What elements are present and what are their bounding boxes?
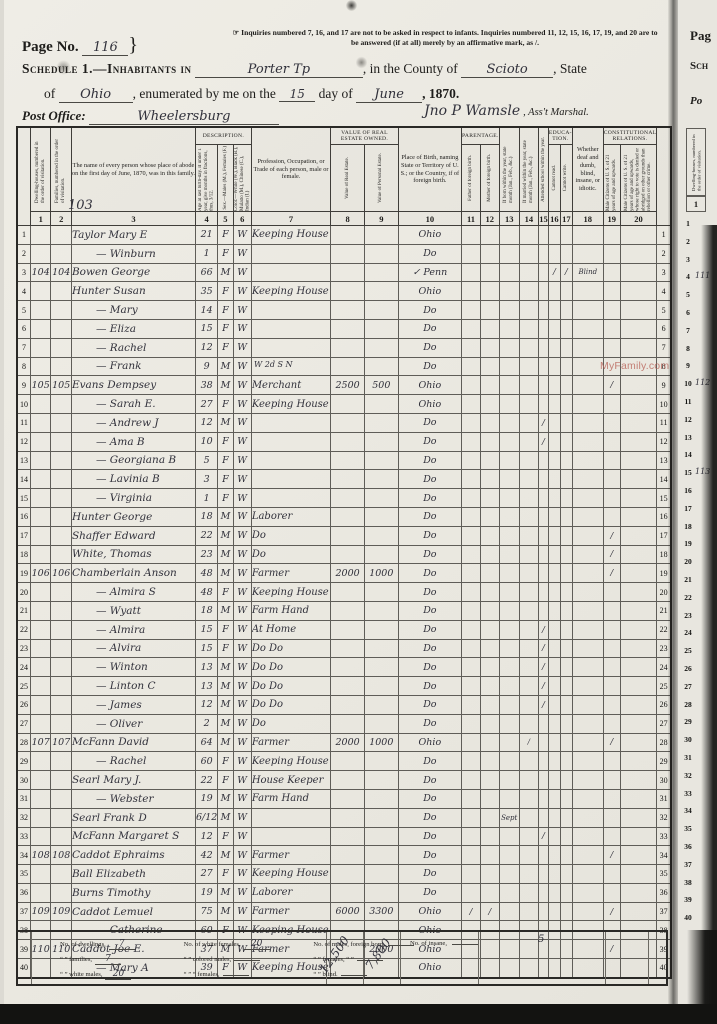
adjacent-row-number: 33 xyxy=(681,789,695,798)
sex: F xyxy=(218,489,233,508)
married-month xyxy=(519,846,538,865)
mother-foreign-mark xyxy=(480,752,499,771)
birthplace: Do xyxy=(398,865,461,884)
color: W xyxy=(233,413,251,432)
real-estate-value xyxy=(331,432,365,451)
deaf-dumb-blind xyxy=(572,451,603,470)
vote-denied-mark xyxy=(620,789,656,808)
male-citizen-mark xyxy=(603,714,620,733)
colored-females-label: “ ” “ females, xyxy=(184,971,220,978)
vote-denied-mark xyxy=(620,583,656,602)
adjacent-column-number: 1 xyxy=(686,196,706,212)
male-citizen-mark: / xyxy=(603,526,620,545)
page-no-label: Page No. xyxy=(22,39,79,55)
row-number-left: 31 xyxy=(17,789,30,808)
personal-estate-value: 500 xyxy=(364,376,398,395)
occupation xyxy=(251,319,330,338)
born-month xyxy=(499,413,519,432)
sex: F xyxy=(218,282,233,301)
cannot-write-mark xyxy=(560,733,572,752)
born-month xyxy=(499,395,519,414)
age: 13 xyxy=(195,677,217,696)
cannot-write-mark xyxy=(560,827,572,846)
birthplace: Do xyxy=(398,695,461,714)
scan-smudge xyxy=(56,60,71,75)
occupation xyxy=(251,244,330,263)
color: W xyxy=(233,620,251,639)
sex: F xyxy=(218,226,233,245)
color: W xyxy=(233,282,251,301)
attended-school-mark xyxy=(539,376,549,395)
cannot-read-mark xyxy=(548,601,560,620)
state-value: Ohio xyxy=(59,87,133,103)
deaf-dumb-blind xyxy=(572,226,603,245)
table-row: 32Searl Frank D6/12MWDoSept32 xyxy=(17,808,671,827)
table-row: 7— Rachel12FWDo7 xyxy=(17,338,671,357)
vote-denied-mark xyxy=(620,395,656,414)
personal-estate-value xyxy=(364,226,398,245)
born-month xyxy=(499,526,519,545)
real-estate-value xyxy=(331,808,365,827)
color: W xyxy=(233,263,251,282)
sex: F xyxy=(218,752,233,771)
header-group-row: Dwelling-houses, numbered in the order o… xyxy=(17,127,671,145)
person-name: — Mary xyxy=(71,301,195,320)
person-name: — Oliver xyxy=(71,714,195,733)
handwritten-note: 5 xyxy=(538,934,544,945)
mother-foreign-mark xyxy=(480,338,499,357)
vote-denied-mark xyxy=(620,263,656,282)
sex: M xyxy=(218,564,233,583)
table-row: 18White, Thomas23MWDoDo/18 xyxy=(17,545,671,564)
book-gutter-shadow xyxy=(668,0,678,1008)
person-name: Caddot Lemuel xyxy=(71,902,195,921)
born-month xyxy=(499,771,519,790)
person-name: Caddot Ephraims xyxy=(71,846,195,865)
attended-school-mark: / xyxy=(539,432,549,451)
married-month xyxy=(519,319,538,338)
age: 27 xyxy=(195,395,217,414)
cannot-read-mark xyxy=(548,733,560,752)
mother-foreign-mark xyxy=(480,620,499,639)
age: 27 xyxy=(195,865,217,884)
county-label: , in the County of xyxy=(363,61,458,76)
deaf-dumb-blind xyxy=(572,319,603,338)
family-number xyxy=(51,601,71,620)
born-month xyxy=(499,865,519,884)
attended-school-mark: / xyxy=(539,658,549,677)
male-citizen-mark xyxy=(603,395,620,414)
male-citizen-mark: / xyxy=(603,902,620,921)
person-name: — Almira xyxy=(71,620,195,639)
mother-foreign-mark xyxy=(480,677,499,696)
person-name: — Rachel xyxy=(71,752,195,771)
col-header-male-citizens: Male Citizens of U. S. of 21 years of ag… xyxy=(603,145,620,212)
marshal-signature: Jno P Wamsle xyxy=(424,103,520,119)
male-citizen-mark xyxy=(603,489,620,508)
group-header-parentage: Parentage. xyxy=(462,127,500,145)
person-name: Evans Dempsey xyxy=(71,376,195,395)
mother-foreign-mark xyxy=(480,526,499,545)
real-estate-value: 2500 xyxy=(331,376,365,395)
row-number-left: 5 xyxy=(17,301,30,320)
personal-estate-value xyxy=(364,244,398,263)
male-citizen-mark xyxy=(603,282,620,301)
born-month xyxy=(499,263,519,282)
adjacent-row-number: 7 xyxy=(681,326,695,335)
white-females-total-value: 20 xyxy=(244,939,270,950)
birthplace: Do xyxy=(398,507,461,526)
personal-estate-value xyxy=(364,639,398,658)
adjacent-schedule-fragment: Sch xyxy=(690,60,708,72)
real-estate-value xyxy=(331,244,365,263)
deaf-dumb-blind xyxy=(572,376,603,395)
personal-estate-value: 3300 xyxy=(364,902,398,921)
mother-foreign-mark xyxy=(480,658,499,677)
born-month xyxy=(499,338,519,357)
color: W xyxy=(233,639,251,658)
table-row: 23— Alvira15FWDo DoDo/23 xyxy=(17,639,671,658)
born-month xyxy=(499,601,519,620)
personal-estate-value xyxy=(364,658,398,677)
col-header-father-foreign: Father of foreign birth. xyxy=(462,145,481,212)
attended-school-mark xyxy=(539,301,549,320)
born-month xyxy=(499,282,519,301)
adjacent-row-number: 12 xyxy=(681,415,695,424)
col-num: 3 xyxy=(71,212,195,226)
dwelling-number xyxy=(30,395,50,414)
attended-school-mark xyxy=(539,601,549,620)
table-row: 1Taylor Mary E21FWKeeping HouseOhio1 xyxy=(17,226,671,245)
cannot-read-mark xyxy=(548,714,560,733)
day-value: 15 xyxy=(279,87,315,102)
cannot-read-mark xyxy=(548,695,560,714)
col-num: 20 xyxy=(620,212,656,226)
family-number xyxy=(51,507,71,526)
real-estate-value: 2000 xyxy=(331,733,365,752)
adjacent-row-number: 23 xyxy=(681,611,695,620)
married-month xyxy=(519,376,538,395)
occupation: Do Do xyxy=(251,658,330,677)
scan-smudge xyxy=(346,0,357,11)
age: 12 xyxy=(195,338,217,357)
sex: M xyxy=(218,902,233,921)
colored-males-label: “ ” colored males, xyxy=(184,956,232,963)
occupation: Farm Hand xyxy=(251,789,330,808)
adjacent-row-number: 17 xyxy=(681,504,695,513)
male-citizen-mark xyxy=(603,413,620,432)
table-row: 26— James12MWDo DoDo/26 xyxy=(17,695,671,714)
sex: M xyxy=(218,695,233,714)
mother-foreign-mark xyxy=(480,883,499,902)
male-citizen-mark xyxy=(603,319,620,338)
dwelling-number xyxy=(30,526,50,545)
birthplace: Do xyxy=(398,489,461,508)
deaf-dumb-blind xyxy=(572,733,603,752)
mother-foreign-mark xyxy=(480,583,499,602)
born-month xyxy=(499,789,519,808)
occupation: At Home xyxy=(251,620,330,639)
row-number-left: 33 xyxy=(17,827,30,846)
father-foreign-mark xyxy=(462,620,481,639)
vote-denied-mark xyxy=(620,639,656,658)
mother-foreign-mark xyxy=(480,244,499,263)
family-number: 106 xyxy=(51,564,71,583)
person-name: — Eliza xyxy=(71,319,195,338)
mother-foreign-mark xyxy=(480,451,499,470)
family-number xyxy=(51,639,71,658)
dwelling-number xyxy=(30,432,50,451)
family-number: 105 xyxy=(51,376,71,395)
real-estate-value xyxy=(331,601,365,620)
personal-estate-value xyxy=(364,545,398,564)
mother-foreign-mark xyxy=(480,432,499,451)
color: W xyxy=(233,752,251,771)
father-foreign-mark xyxy=(462,865,481,884)
insane-total-value xyxy=(452,944,478,945)
row-number-column-header-left xyxy=(17,127,30,226)
age: 12 xyxy=(195,413,217,432)
family-number xyxy=(51,827,71,846)
table-row: 10— Sarah E.27FWKeeping HouseOhio10 xyxy=(17,395,671,414)
deaf-dumb-blind xyxy=(572,338,603,357)
dwelling-number xyxy=(30,507,50,526)
real-estate-value xyxy=(331,470,365,489)
person-name: Taylor Mary E xyxy=(71,226,195,245)
person-name: — Webster xyxy=(71,789,195,808)
table-row: 17Shaffer Edward22MWDoDo/17 xyxy=(17,526,671,545)
row-number-left: 2 xyxy=(17,244,30,263)
col-num: 18 xyxy=(572,212,603,226)
color: W xyxy=(233,771,251,790)
adjacent-row-number: 3 xyxy=(681,255,695,264)
person-name: — Sarah E. xyxy=(71,395,195,414)
adjacent-row-number: 9 xyxy=(681,361,695,370)
real-estate-value xyxy=(331,865,365,884)
adjacent-row-number: 6 xyxy=(681,308,695,317)
cannot-read-mark xyxy=(548,376,560,395)
family-number xyxy=(51,583,71,602)
born-month xyxy=(499,733,519,752)
scan-bottom-band xyxy=(0,1004,717,1024)
married-month xyxy=(519,789,538,808)
attended-school-mark xyxy=(539,583,549,602)
table-row: 37109109Caddot Lemuel75MWFarmer60003300O… xyxy=(17,902,671,921)
cannot-write-mark xyxy=(560,395,572,414)
col-num: 4 xyxy=(195,212,217,226)
married-month xyxy=(519,545,538,564)
age: 21 xyxy=(195,226,217,245)
cannot-read-mark xyxy=(548,526,560,545)
adjacent-row-number: 10 xyxy=(681,379,695,388)
row-number-left: 18 xyxy=(17,545,30,564)
cannot-write-mark xyxy=(560,545,572,564)
father-foreign-mark xyxy=(462,489,481,508)
color: W xyxy=(233,695,251,714)
born-month xyxy=(499,470,519,489)
real-estate-value xyxy=(331,695,365,714)
cannot-write-mark xyxy=(560,752,572,771)
row-number-left: 3 xyxy=(17,263,30,282)
family-number: 107 xyxy=(51,733,71,752)
adjacent-row-number: 8 xyxy=(681,344,695,353)
cannot-write-mark xyxy=(560,883,572,902)
personal-estate-value xyxy=(364,846,398,865)
dwelling-number: 107 xyxy=(30,733,50,752)
father-foreign-mark xyxy=(462,677,481,696)
row-number-left: 27 xyxy=(17,714,30,733)
male-citizen-mark: / xyxy=(603,733,620,752)
family-number xyxy=(51,526,71,545)
marshal-line: Jno P Wamsle , Ass't Marshal. xyxy=(424,103,589,119)
occupation: Farmer xyxy=(251,564,330,583)
cannot-write-mark xyxy=(560,695,572,714)
male-citizen-mark xyxy=(603,677,620,696)
born-month xyxy=(499,301,519,320)
occupation: Farmer xyxy=(251,902,330,921)
occupation: Keeping House xyxy=(251,395,330,414)
male-citizen-mark xyxy=(603,620,620,639)
color: W xyxy=(233,545,251,564)
dwelling-number xyxy=(30,301,50,320)
male-citizen-mark xyxy=(603,827,620,846)
colored-males-value xyxy=(234,960,260,961)
dwelling-number xyxy=(30,583,50,602)
footer-line-3: “ ” white males,20 “ ” “ females, “ ” bl… xyxy=(60,969,463,980)
male-citizen-mark xyxy=(603,244,620,263)
male-citizen-mark xyxy=(603,470,620,489)
married-month: / xyxy=(519,733,538,752)
born-month xyxy=(499,451,519,470)
personal-estate-value xyxy=(364,601,398,620)
mother-foreign-mark xyxy=(480,395,499,414)
sex: F xyxy=(218,319,233,338)
born-month xyxy=(499,583,519,602)
row-number-left: 7 xyxy=(17,338,30,357)
personal-estate-value xyxy=(364,883,398,902)
occupation: Do xyxy=(251,545,330,564)
color: W xyxy=(233,301,251,320)
color: W xyxy=(233,658,251,677)
personal-estate-value: 1000 xyxy=(364,564,398,583)
attended-school-mark xyxy=(539,451,549,470)
male-citizen-mark xyxy=(603,883,620,902)
born-month xyxy=(499,846,519,865)
real-estate-value xyxy=(331,282,365,301)
age: 60 xyxy=(195,752,217,771)
col-num: 15 xyxy=(539,212,549,226)
attended-school-mark xyxy=(539,226,549,245)
personal-estate-value xyxy=(364,789,398,808)
occupation xyxy=(251,808,330,827)
col-num: 2 xyxy=(51,212,71,226)
cannot-write-mark xyxy=(560,601,572,620)
real-estate-value xyxy=(331,451,365,470)
sex: F xyxy=(218,639,233,658)
deaf-dumb-blind xyxy=(572,639,603,658)
scan-dark-corner xyxy=(687,930,717,1008)
cannot-write-mark xyxy=(560,564,572,583)
vote-denied-mark xyxy=(620,432,656,451)
table-row: 22— Almira15FWAt HomeDo/22 xyxy=(17,620,671,639)
occupation: Farm Hand xyxy=(251,601,330,620)
mother-foreign-mark xyxy=(480,865,499,884)
birthplace: Do xyxy=(398,639,461,658)
color: W xyxy=(233,395,251,414)
male-citizen-mark xyxy=(603,451,620,470)
table-row: 14— Lavinia B3FWDo14 xyxy=(17,470,671,489)
schedule-line-1: Schedule 1.—Inhabitants in Porter Tp, in… xyxy=(22,61,587,78)
color: W xyxy=(233,865,251,884)
vote-denied-mark xyxy=(620,564,656,583)
table-row: 5— Mary14FWDo5 xyxy=(17,301,671,320)
cannot-write-mark xyxy=(560,677,572,696)
father-foreign-mark xyxy=(462,451,481,470)
adjacent-row-number: 30 xyxy=(681,735,695,744)
age: 12 xyxy=(195,827,217,846)
father-foreign-mark xyxy=(462,883,481,902)
col-header-deaf-dumb: Whether deaf and dumb, blind, insane, or… xyxy=(572,127,603,212)
col-num: 1 xyxy=(30,212,50,226)
cannot-read-mark xyxy=(548,583,560,602)
birthplace: Do xyxy=(398,432,461,451)
adjacent-row-number: 24 xyxy=(681,628,695,637)
attended-school-mark xyxy=(539,865,549,884)
table-row: 27— Oliver2MWDoDo27 xyxy=(17,714,671,733)
married-month xyxy=(519,413,538,432)
sex: M xyxy=(218,714,233,733)
married-month xyxy=(519,489,538,508)
male-citizen-mark: / xyxy=(603,376,620,395)
deaf-dumb-blind xyxy=(572,771,603,790)
dwelling-number xyxy=(30,639,50,658)
real-estate-value xyxy=(331,789,365,808)
vote-denied-mark xyxy=(620,319,656,338)
color: W xyxy=(233,583,251,602)
dwelling-number xyxy=(30,413,50,432)
male-citizen-mark xyxy=(603,658,620,677)
row-number-left: 34 xyxy=(17,846,30,865)
real-estate-value xyxy=(331,677,365,696)
color: W xyxy=(233,827,251,846)
adjacent-page-sliver: Pag Sch Po Dwelling-houses, numbered in … xyxy=(678,0,717,1008)
age: 15 xyxy=(195,319,217,338)
married-month xyxy=(519,282,538,301)
adjacent-row-number: 19 xyxy=(681,539,695,548)
cannot-write-mark xyxy=(560,489,572,508)
personal-estate-value xyxy=(364,319,398,338)
cannot-read-mark xyxy=(548,752,560,771)
deaf-dumb-blind xyxy=(572,883,603,902)
sex: M xyxy=(218,677,233,696)
col-header-personal-estate: Value of Personal Estate. xyxy=(364,145,398,212)
handwritten-note: 103 xyxy=(68,198,93,213)
male-citizen-mark xyxy=(603,432,620,451)
deaf-dumb-blind xyxy=(572,902,603,921)
adjacent-row-number: 32 xyxy=(681,771,695,780)
real-estate-value xyxy=(331,827,365,846)
age: 48 xyxy=(195,564,217,583)
mother-foreign-mark xyxy=(480,413,499,432)
dwelling-number xyxy=(30,601,50,620)
birthplace: Do xyxy=(398,789,461,808)
deaf-dumb-blind xyxy=(572,714,603,733)
person-name: Hunter George xyxy=(71,507,195,526)
adjacent-row-number: 31 xyxy=(681,753,695,762)
color: W xyxy=(233,677,251,696)
father-foreign-mark xyxy=(462,301,481,320)
color: W xyxy=(233,507,251,526)
